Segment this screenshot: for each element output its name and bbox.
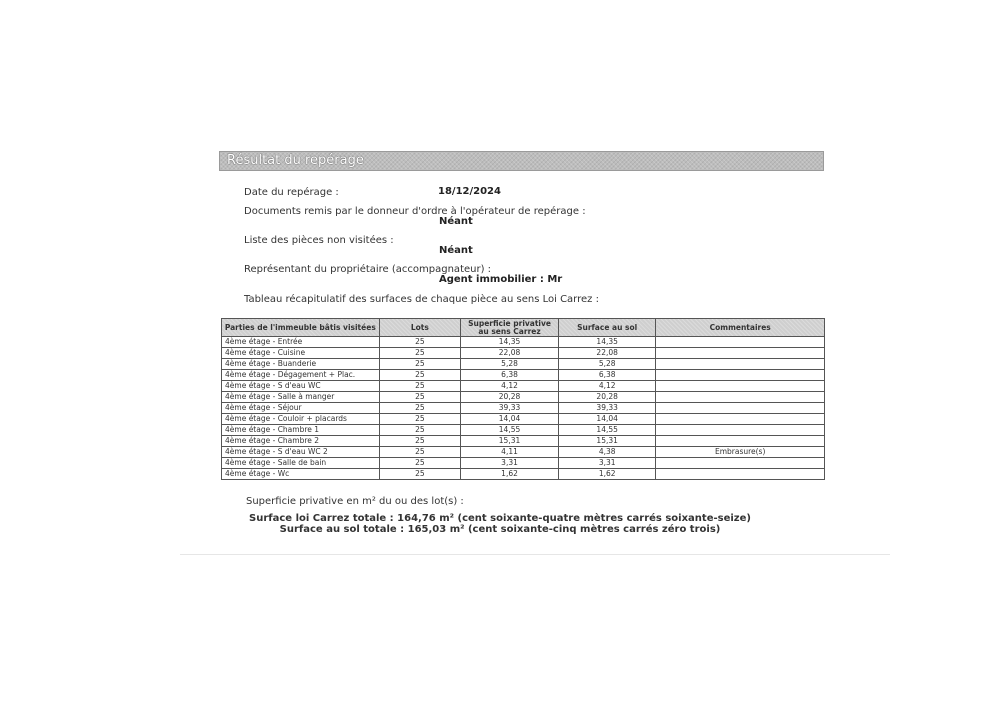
cell-floor: 14,55 [558,425,655,436]
section-title: Résultat du repérage [227,153,364,168]
documents-value: Néant [439,216,473,227]
cell-floor: 6,38 [558,370,655,381]
table-row: 4ème étage - Chambre 22515,3115,31 [222,436,825,447]
cell-comment [656,359,825,370]
cell-floor: 22,08 [558,348,655,359]
cell-floor: 4,12 [558,381,655,392]
table-row: 4ème étage - Chambre 12514,5514,55 [222,425,825,436]
cell-room: 4ème étage - Salle de bain [222,458,380,469]
table-row: 4ème étage - Wc251,621,62 [222,469,825,480]
cell-carrez: 4,11 [461,447,559,458]
cell-lot: 25 [379,436,460,447]
summary-label: Superficie privative en m² du ou des lot… [246,496,464,507]
table-row: 4ème étage - Cuisine2522,0822,08 [222,348,825,359]
cell-comment [656,381,825,392]
cell-room: 4ème étage - Wc [222,469,380,480]
cell-room: 4ème étage - Couloir + placards [222,414,380,425]
cell-carrez: 14,35 [461,337,559,348]
cell-lot: 25 [379,381,460,392]
cell-comment [656,425,825,436]
cell-room: 4ème étage - Chambre 1 [222,425,380,436]
cell-carrez: 5,28 [461,359,559,370]
rooms-not-visited-value: Néant [439,245,473,256]
cell-carrez: 4,12 [461,381,559,392]
table-row: 4ème étage - Buanderie255,285,28 [222,359,825,370]
cell-floor: 20,28 [558,392,655,403]
cell-room: 4ème étage - Salle à manger [222,392,380,403]
table-header-row: Parties de l'immeuble bâtis visitées Lot… [222,319,825,337]
cell-room: 4ème étage - Séjour [222,403,380,414]
cell-floor: 5,28 [558,359,655,370]
cell-room: 4ème étage - Entrée [222,337,380,348]
cell-lot: 25 [379,392,460,403]
rooms-not-visited-label: Liste des pièces non visitées : [244,235,394,246]
cell-comment [656,414,825,425]
header-comments: Commentaires [656,319,825,337]
cell-comment: Embrasure(s) [656,447,825,458]
cell-room: 4ème étage - S d'eau WC 2 [222,447,380,458]
cell-lot: 25 [379,469,460,480]
cell-lot: 25 [379,425,460,436]
cell-room: 4ème étage - Dégagement + Plac. [222,370,380,381]
cell-comment [656,436,825,447]
cell-lot: 25 [379,359,460,370]
cell-comment [656,348,825,359]
cell-lot: 25 [379,337,460,348]
header-floor-surface: Surface au sol [558,319,655,337]
cell-floor: 39,33 [558,403,655,414]
cell-floor: 3,31 [558,458,655,469]
cell-lot: 25 [379,414,460,425]
cell-lot: 25 [379,403,460,414]
representative-value: Agent immobilier : Mr [439,274,562,285]
cell-lot: 25 [379,370,460,381]
cell-carrez: 3,31 [461,458,559,469]
cell-comment [656,337,825,348]
table-row: 4ème étage - Entrée2514,3514,35 [222,337,825,348]
header-carrez: Superficie privative au sens Carrez [461,319,559,337]
cell-carrez: 39,33 [461,403,559,414]
cell-comment [656,392,825,403]
table-row: 4ème étage - Salle à manger2520,2820,28 [222,392,825,403]
cell-carrez: 14,55 [461,425,559,436]
documents-label: Documents remis par le donneur d'ordre à… [244,206,586,217]
table-row: 4ème étage - S d'eau WC254,124,12 [222,381,825,392]
cell-carrez: 20,28 [461,392,559,403]
cell-floor: 14,04 [558,414,655,425]
cell-floor: 1,62 [558,469,655,480]
cell-lot: 25 [379,348,460,359]
cell-comment [656,403,825,414]
cell-room: 4ème étage - Chambre 2 [222,436,380,447]
cell-room: 4ème étage - Buanderie [222,359,380,370]
floor-total: Surface au sol totale : 165,03 m² (cent … [0,524,1000,535]
section-title-banner: Résultat du repérage [219,151,824,171]
cell-lot: 25 [379,458,460,469]
table-intro: Tableau récapitulatif des surfaces de ch… [244,294,599,305]
header-lots: Lots [379,319,460,337]
cell-floor: 15,31 [558,436,655,447]
cell-carrez: 6,38 [461,370,559,381]
cell-room: 4ème étage - Cuisine [222,348,380,359]
date-value: 18/12/2024 [438,186,501,197]
cell-comment [656,458,825,469]
table-row: 4ème étage - Dégagement + Plac.256,386,3… [222,370,825,381]
table-row: 4ème étage - Couloir + placards2514,0414… [222,414,825,425]
table-row: 4ème étage - S d'eau WC 2254,114,38Embra… [222,447,825,458]
cell-carrez: 22,08 [461,348,559,359]
cell-carrez: 1,62 [461,469,559,480]
header-parts: Parties de l'immeuble bâtis visitées [222,319,380,337]
cell-room: 4ème étage - S d'eau WC [222,381,380,392]
divider [180,554,890,555]
cell-comment [656,370,825,381]
table-row: 4ème étage - Séjour2539,3339,33 [222,403,825,414]
cell-floor: 14,35 [558,337,655,348]
cell-carrez: 14,04 [461,414,559,425]
cell-comment [656,469,825,480]
surfaces-table: Parties de l'immeuble bâtis visitées Lot… [221,318,825,480]
cell-floor: 4,38 [558,447,655,458]
cell-lot: 25 [379,447,460,458]
cell-carrez: 15,31 [461,436,559,447]
carrez-total: Surface loi Carrez totale : 164,76 m² (c… [0,513,1000,524]
date-label: Date du repérage : [244,187,339,198]
table-row: 4ème étage - Salle de bain253,313,31 [222,458,825,469]
